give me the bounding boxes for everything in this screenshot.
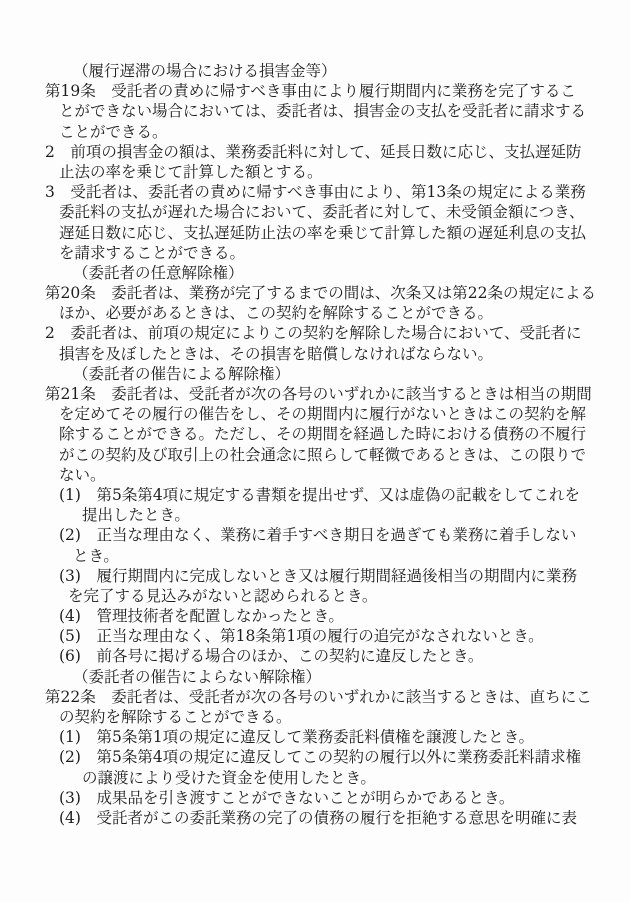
continuation-line: 止法の率を乗じて計算した額とする。 [45, 162, 594, 182]
item-line: (3) 成果品を引き渡すことができないことが明らかであるとき。 [45, 788, 594, 808]
continuation-line: ほか、必要があるときは、この契約を解除することができる。 [45, 303, 594, 323]
item-line: (6) 前各号に掲げる場合のほか、この契約に違反したとき。 [45, 646, 594, 666]
item-line: (1) 第5条第4項に規定する書類を提出せず、又は虚偽の記載をしてこれを [45, 485, 594, 505]
continuation-line: ない。 [45, 465, 594, 485]
item-line: (3) 履行期間内に完成しないとき又は履行期間経過後相当の期間内に業務 [45, 566, 594, 586]
item-line: (2) 正当な理由なく、業務に着手すべき期日を過ぎても業務に着手しない [45, 525, 594, 545]
item-line: (4) 受託者がこの委託業務の完了の債務の履行を拒絶する意思を明確に表 [45, 808, 594, 828]
item-line: (4) 管理技術者を配置しなかったとき。 [45, 606, 594, 626]
item-continuation: 提出したとき。 [45, 505, 594, 525]
article-opening: 第20条 委託者は、業務が完了するまでの間は、次条又は第22条の規定による [45, 283, 594, 303]
paragraph-line: 2 委託者は、前項の規定によりこの契約を解除した場合において、受託者に [45, 323, 594, 343]
continuation-line: 損害を及ぼしたときは、その損害を賠償しなければならない。 [45, 344, 594, 364]
continuation-line: 除することができる。ただし、その期間を経過した時における債務の不履行 [45, 424, 594, 444]
item-line: (2) 第5条第4項の規定に違反してこの契約の履行以外に業務委託料請求権 [45, 747, 594, 767]
paragraph-line: 2 前項の損害金の額は、業務委託料に対して、延長日数に応じ、支払遅延防 [45, 142, 594, 162]
item-line: (1) 第5条第1項の規定に違反して業務委託料債権を譲渡したとき。 [45, 727, 594, 747]
article-caption: （委託者の催告によらない解除権） [45, 667, 594, 687]
article-opening: 第19条 受託者の責めに帰すべき事由により履行期間内に業務を完了するこ [45, 81, 594, 101]
item-continuation: の譲渡により受けた資金を使用したとき。 [45, 768, 594, 788]
article-caption: （委託者の催告による解除権） [45, 364, 594, 384]
continuation-line: の契約を解除することができる。 [45, 707, 594, 727]
continuation-line: がこの契約及び取引上の社会通念に照らして軽微であるときは、この限りで [45, 445, 594, 465]
continuation-line: とができない場合においては、委託者は、損害金の支払を受託者に請求する [45, 101, 594, 121]
paragraph-line: 3 受託者は、委託者の責めに帰すべき事由により、第13条の規定による業務 [45, 182, 594, 202]
item-continuation: を完了する見込みがないと認められるとき。 [45, 586, 594, 606]
continuation-line: 委託料の支払が遅れた場合において、委託者に対して、未受領金額につき、 [45, 202, 594, 222]
article-caption: （委託者の任意解除権） [45, 263, 594, 283]
article-caption: （履行遅滞の場合における損害金等） [45, 61, 594, 81]
article-opening: 第22条 委託者は、受託者が次の各号のいずれかに該当するときは、直ちにこ [45, 687, 594, 707]
item-continuation: とき。 [45, 546, 594, 566]
item-line: (5) 正当な理由なく、第18条第1項の履行の追完がなされないとき。 [45, 626, 594, 646]
continuation-line: を定めてその履行の催告をし、その期間内に履行がないときはこの契約を解 [45, 404, 594, 424]
continuation-line: 遅延日数に応じ、支払遅延防止法の率を乗じて計算した額の遅延利息の支払 [45, 223, 594, 243]
document-page: （履行遅滞の場合における損害金等） 第19条 受託者の責めに帰すべき事由により履… [0, 0, 630, 903]
continuation-line: を請求することができる。 [45, 243, 594, 263]
continuation-line: ことができる。 [45, 122, 594, 142]
article-opening: 第21条 委託者は、受託者が次の各号のいずれかに該当するときは相当の期間 [45, 384, 594, 404]
